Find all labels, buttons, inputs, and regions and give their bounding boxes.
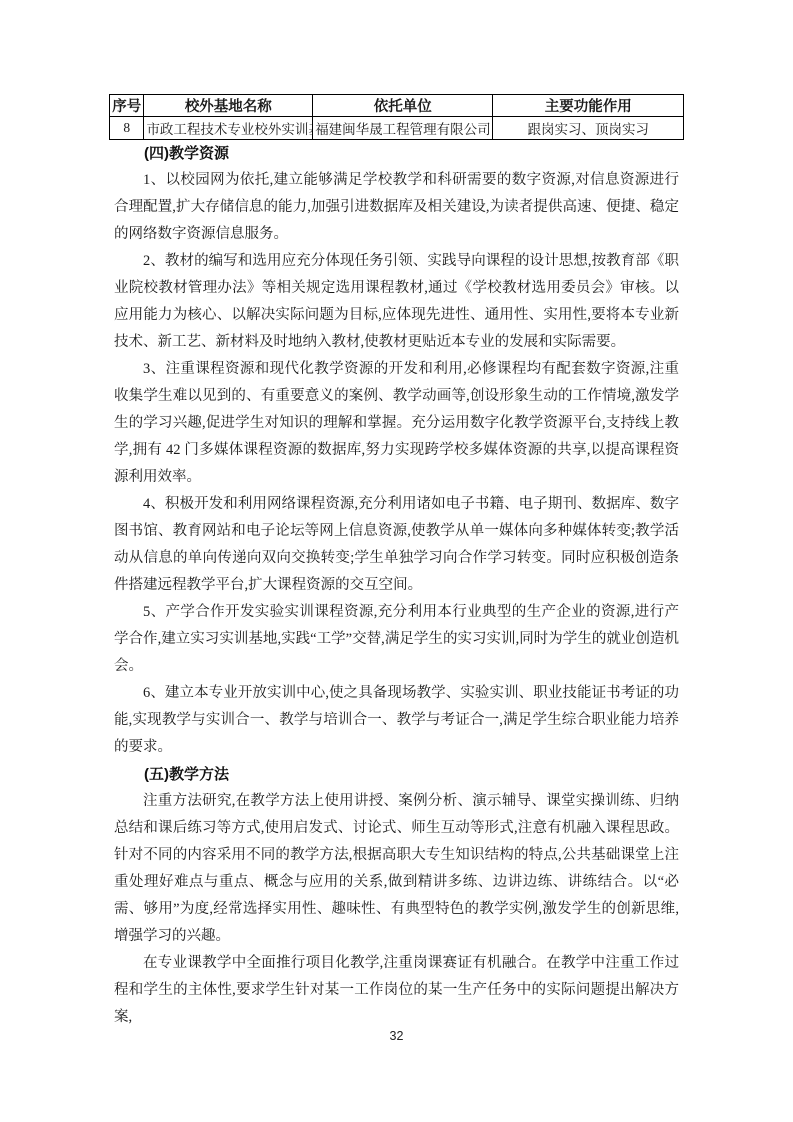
paragraph-resources-1: 1、以校园网为依托,建立能够满足学校教学和科研需要的数字资源,对信息资源进行合理… [114,167,679,248]
table-header-main-function: 主要功能作用 [493,95,684,117]
table-cell-supporting-unit: 福建闽华晟工程管理有限公司 [313,117,493,140]
paragraph-resources-4: 4、积极开发和利用网络课程资源,充分利用诸如电子书籍、电子期刊、数据库、数字图书… [114,491,679,599]
paragraph-resources-3: 3、注重课程资源和现代化教学资源的开发和利用,必修课程均有配套数字资源,注重收集… [114,356,679,491]
section-heading-teaching-methods: (五)教学方法 [114,761,679,788]
paragraph-methods-1: 注重方法研究,在教学方法上使用讲授、案例分析、演示辅导、课堂实操训练、归纳总结和… [114,788,679,950]
paragraph-resources-2: 2、教材的编写和选用应充分体现任务引领、实践导向课程的设计思想,按教育部《职业院… [114,248,679,356]
section-heading-teaching-resources: (四)教学资源 [114,140,679,167]
page-content: 序号 校外基地名称 依托单位 主要功能作用 8 市政工程技术专业校外实训基地 福… [114,94,679,1031]
page-number: 32 [0,1029,793,1043]
external-training-bases-table: 序号 校外基地名称 依托单位 主要功能作用 8 市政工程技术专业校外实训基地 福… [109,94,684,140]
paragraph-resources-6: 6、建立本专业开放实训中心,使之具备现场教学、实验实训、职业技能证书考证的功能,… [114,680,679,761]
table-header-row: 序号 校外基地名称 依托单位 主要功能作用 [110,95,684,117]
table-cell-main-function: 跟岗实习、顶岗实习 [493,117,684,140]
table-cell-index: 8 [110,117,144,140]
table-header-index: 序号 [110,95,144,117]
table-header-base-name: 校外基地名称 [144,95,313,117]
paragraph-resources-5: 5、产学合作开发实验实训课程资源,充分利用本行业典型的生产企业的资源,进行产学合… [114,599,679,680]
paragraph-methods-2: 在专业课教学中全面推行项目化教学,注重岗课赛证有机融合。在教学中注重工作过程和学… [114,950,679,1031]
table-cell-base-name: 市政工程技术专业校外实训基地 [144,117,313,140]
document-page: 序号 校外基地名称 依托单位 主要功能作用 8 市政工程技术专业校外实训基地 福… [0,0,793,1122]
table-header-supporting-unit: 依托单位 [313,95,493,117]
table-row: 8 市政工程技术专业校外实训基地 福建闽华晟工程管理有限公司 跟岗实习、顶岗实习 [110,117,684,140]
